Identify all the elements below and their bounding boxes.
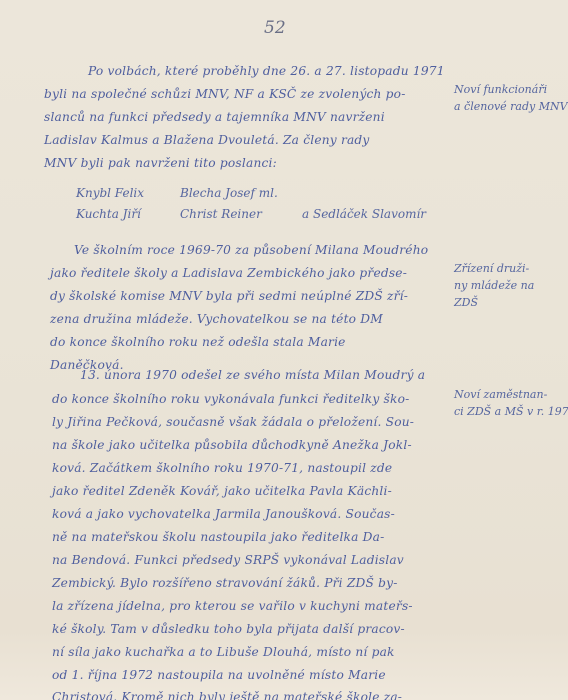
member-name: Knybl Felix <box>76 186 144 200</box>
text-line: ní síla jako kuchařka a to Libuše Dlouhá… <box>52 645 395 659</box>
text-line: byli na společné schůzi MNV, NF a KSČ ze… <box>44 87 406 101</box>
text-line: slanců na funkci předsedy a tajemníka MN… <box>44 110 385 124</box>
text-line: do konce školního roku vykonávala funkci… <box>52 392 409 406</box>
margin-note-new-staff: Noví zaměstnan- <box>454 388 547 401</box>
text-line: ké školy. Tam v důsledku toho byla přija… <box>52 622 405 636</box>
text-line: jako ředitele školy a Ladislava Zembické… <box>50 266 407 280</box>
text-line: do konce školního roku než odešla stala … <box>50 335 346 349</box>
margin-note-youth-club: ny mládeže na <box>454 279 534 292</box>
text-line: ková a jako vychovatelka Jarmila Janoušk… <box>52 507 395 521</box>
text-line: ně na mateřskou školu nastoupila jako ře… <box>52 530 384 544</box>
text-line: la zřízena jídelna, pro kterou se vařilo… <box>52 599 413 613</box>
text-line: 13. února 1970 odešel ze svého místa Mil… <box>80 368 425 382</box>
text-line: Po volbách, které proběhly dne 26. a 27.… <box>88 64 445 78</box>
text-line: Christová. Kromě nich byly ještě na mate… <box>52 690 402 700</box>
member-name: Kuchta Jiří <box>76 207 141 221</box>
text-line: na škole jako učitelka působila důchodky… <box>52 438 412 452</box>
text-line: ková. Začátkem školního roku 1970-71, na… <box>52 461 392 475</box>
margin-note-youth-club: ZDŠ <box>454 296 478 309</box>
text-line: MNV byli pak navrženi tito poslanci: <box>44 156 277 170</box>
text-line: jako ředitel Zdeněk Kovář, jako učitelka… <box>52 484 392 498</box>
text-line: zena družina mládeže. Vychovatelkou se n… <box>50 312 383 326</box>
member-name: Blecha Josef ml. <box>180 186 278 200</box>
page-number: 52 <box>264 18 286 38</box>
margin-note-new-staff: ci ZDŠ a MŠ v r. 1970 <box>454 405 568 418</box>
margin-note-new-officials: a členové rady MNV <box>454 100 568 113</box>
text-line: ly Jiřina Pečková, současně však žádala … <box>52 415 414 429</box>
text-line: Ladislav Kalmus a Blažena Dvouletá. Za č… <box>44 133 370 147</box>
text-line: od 1. října 1972 nastoupila na uvolněné … <box>52 668 386 682</box>
member-name: a Sedláček Slavomír <box>302 207 426 221</box>
text-line: Ve školním roce 1969-70 za působení Mila… <box>74 243 428 257</box>
margin-note-new-officials: Noví funkcionáři <box>454 83 547 96</box>
text-line: dy školské komise MNV byla při sedmi neú… <box>50 289 408 303</box>
text-line: na Bendová. Funkci předsedy SRPŠ vykonáv… <box>52 553 404 567</box>
handwritten-page: 52 Po volbách, které proběhly dne 26. a … <box>0 0 568 700</box>
margin-note-youth-club: Zřízení druži- <box>454 262 529 275</box>
member-name: Christ Reiner <box>180 207 262 221</box>
text-line: Zembický. Bylo rozšířeno stravování žáků… <box>52 576 398 590</box>
